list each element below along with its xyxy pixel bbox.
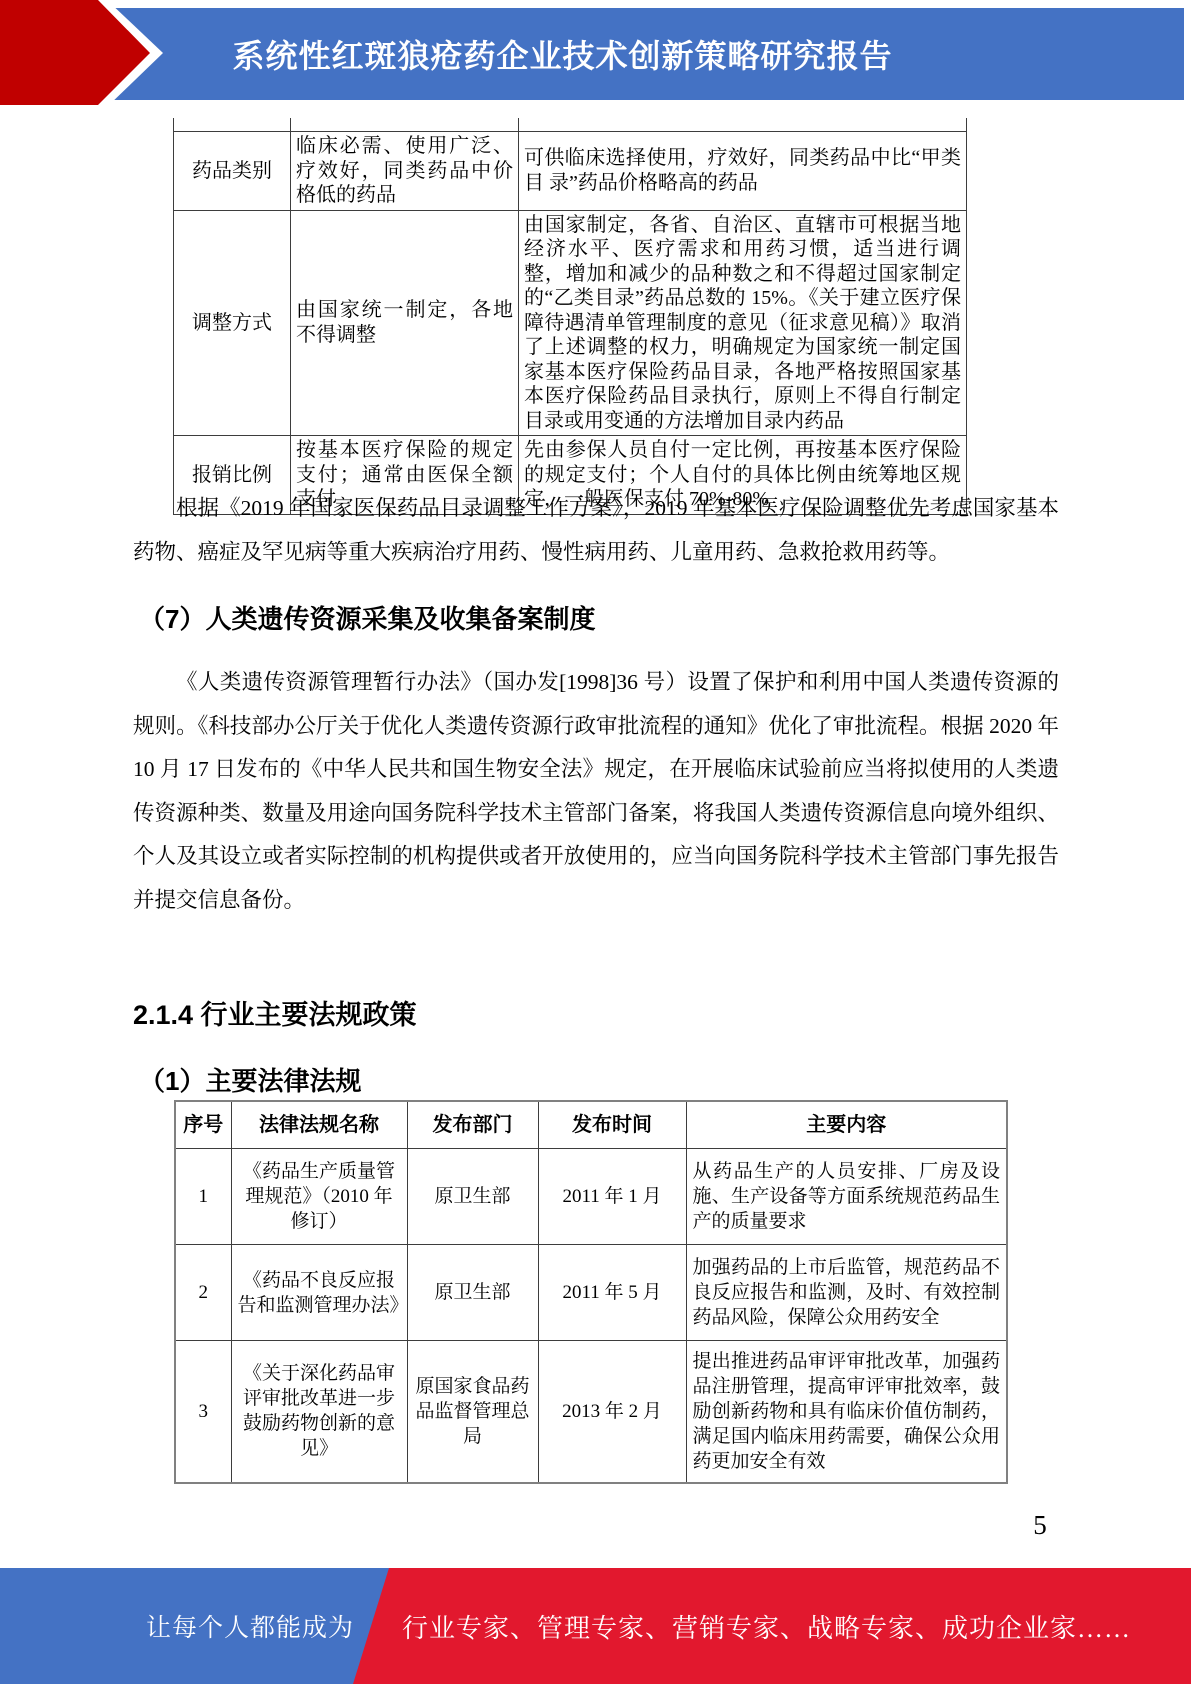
table-cell: 原卫生部 <box>407 1149 538 1245</box>
table-cell: 由国家制定，各省、自治区、直辖市可根据当地经济水平、医疗需求和用药习惯，适当进行… <box>519 210 967 436</box>
footer-slogan-left: 让每个人都能成为 <box>146 1568 354 1684</box>
paragraph-genetic-resources: 《人类遗传资源管理暂行办法》（国办发[1998]36 号）设置了保护和利用中国人… <box>133 661 1059 922</box>
table-cell: 从药品生产的人员安排、厂房及设 施、生产设备等方面系统规范药品生 产的质量要求 <box>686 1149 1007 1245</box>
table-cell: 《药品不良反应报告和监测管理办法》 <box>231 1245 407 1341</box>
table-cell: 2011 年 1 月 <box>538 1149 686 1245</box>
medicare-catalog-table: 药品类别 临床必需、使用广泛、疗效好，同类药品中价格低的药品 可供临床选择使用，… <box>173 118 967 515</box>
table-cell: 3 <box>175 1341 231 1483</box>
report-page: 系统性红斑狼疮药企业技术创新策略研究报告 药品类别 临床必需、使用广泛、疗效好，… <box>0 0 1191 1684</box>
heading-main-laws: （1）主要法律法规 <box>139 1061 361 1098</box>
paragraph-medicare-2019: 根据《2019 年国家医保药品目录调整工作方案》，2019 年基本医疗保险调整优… <box>133 487 1059 574</box>
column-header: 序号 <box>175 1101 231 1149</box>
footer-slogan-right: 行业专家、管理专家、营销专家、战略专家、成功企业家…… <box>402 1568 1131 1684</box>
table-cell: 临床必需、使用广泛、疗效好，同类药品中价格低的药品 <box>291 132 519 211</box>
table-cell: 原国家食品药品监督管理总局 <box>407 1341 538 1483</box>
table-cell <box>174 118 291 132</box>
table-cell: 1 <box>175 1149 231 1245</box>
heading-genetic-resources: （7）人类遗传资源采集及收集备案制度 <box>139 599 595 636</box>
table-row: 1 《药品生产质量管理规范》（2010 年修订） 原卫生部 2011 年 1 月… <box>175 1149 1007 1245</box>
table-cell: 由国家统一制定，各地不得调整 <box>291 210 519 436</box>
column-header: 发布时间 <box>538 1101 686 1149</box>
table-cell <box>519 118 967 132</box>
page-header: 系统性红斑狼疮药企业技术创新策略研究报告 <box>0 0 1191 107</box>
row-label: 药品类别 <box>174 132 291 211</box>
table-cell: 可供临床选择使用，疗效好，同类药品中比“甲类目 录”药品价格略高的药品 <box>519 132 967 211</box>
table-row: 药品类别 临床必需、使用广泛、疗效好，同类药品中价格低的药品 可供临床选择使用，… <box>174 132 967 211</box>
report-title: 系统性红斑狼疮药企业技术创新策略研究报告 <box>100 4 1025 104</box>
column-header: 发布部门 <box>407 1101 538 1149</box>
regulations-table: 序号 法律法规名称 发布部门 发布时间 主要内容 1 《药品生产质量管理规范》（… <box>174 1100 1008 1484</box>
column-header: 主要内容 <box>686 1101 1007 1149</box>
page-number: 5 <box>1018 1510 1062 1541</box>
table-cell: 加强药品的上市后监管，规范药品不良反应报告和监测，及时、有效控制药品风险，保障公… <box>686 1245 1007 1341</box>
table-cell: 原卫生部 <box>407 1245 538 1341</box>
table-cell: 2 <box>175 1245 231 1341</box>
heading-2-1-4-regulations: 2.1.4 行业主要法规政策 <box>133 993 417 1032</box>
table-row: 3 《关于深化药品审评审批改革进一步鼓励药物创新的意见》 原国家食品药品监督管理… <box>175 1341 1007 1483</box>
table-cell <box>291 118 519 132</box>
table-cell: 《关于深化药品审评审批改革进一步鼓励药物创新的意见》 <box>231 1341 407 1483</box>
table-cell: 提出推进药品审评审批改革，加强药品注册管理，提高审评审批效率，鼓励创新药物和具有… <box>686 1341 1007 1483</box>
row-label: 调整方式 <box>174 210 291 436</box>
table-cell: 《药品生产质量管理规范》（2010 年修订） <box>231 1149 407 1245</box>
table-row <box>174 118 967 132</box>
table-header-row: 序号 法律法规名称 发布部门 发布时间 主要内容 <box>175 1101 1007 1149</box>
column-header: 法律法规名称 <box>231 1101 407 1149</box>
table-row: 2 《药品不良反应报告和监测管理办法》 原卫生部 2011 年 5 月 加强药品… <box>175 1245 1007 1341</box>
table-row: 调整方式 由国家统一制定，各地不得调整 由国家制定，各省、自治区、直辖市可根据当… <box>174 210 967 436</box>
page-footer: 让每个人都能成为 行业专家、管理专家、营销专家、战略专家、成功企业家…… <box>0 1568 1191 1684</box>
table-cell: 2013 年 2 月 <box>538 1341 686 1483</box>
table-cell: 2011 年 5 月 <box>538 1245 686 1341</box>
